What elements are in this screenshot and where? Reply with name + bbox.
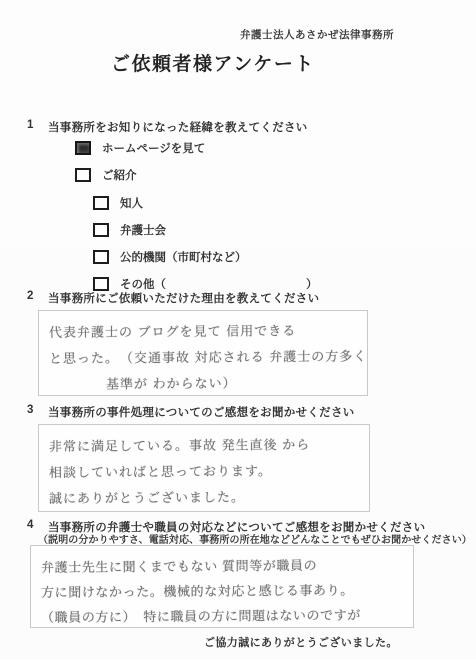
checkbox-checked-icon[interactable] (75, 141, 91, 155)
option-public-institution: 公的機関（市町村など） (93, 249, 247, 265)
handwritten-line: 代表弁護士の ブログを見て 信用できる (49, 318, 357, 346)
survey-document: 弁護士法人あさかぜ法律事務所 ご依頼者様アンケート 1 当事務所をお知りになった… (0, 0, 476, 659)
question-3-number: 3 (27, 404, 37, 420)
handwritten-line: 相談していればと思っております。 (49, 458, 359, 486)
question-2-label: 当事務所にご依頼いただけた理由を教えてください (48, 290, 319, 306)
option-referral-label: ご紹介 (102, 167, 137, 183)
checkbox-icon[interactable] (93, 277, 109, 291)
handwritten-line: 誠にありがとうございました。 (49, 484, 359, 512)
option-homepage-label: ホームページを見て (102, 140, 205, 156)
firm-name: 弁護士法人あさかぜ法律事務所 (240, 27, 394, 42)
answer-box-q3[interactable]: 非常に満足している。事故 発生直後 から 相談していればと思っております。 誠に… (38, 424, 370, 512)
option-bar-association-label: 弁護士会 (120, 222, 166, 238)
handwritten-line: と思った。 （交通事故 対応される 弁護士の方多く (49, 344, 357, 372)
checkbox-icon[interactable] (93, 250, 109, 264)
option-public-institution-label: 公的機関（市町村など） (120, 249, 247, 265)
option-referral: ご紹介 (75, 167, 137, 183)
question-1: 1 当事務所をお知りになった経緯を教えてください (27, 119, 308, 135)
question-2: 2 当事務所にご依頼いただけた理由を教えてください (27, 290, 319, 306)
handwritten-line: 非常に満足している。事故 発生直後 から (49, 432, 359, 460)
question-1-label: 当事務所をお知りになった経緯を教えてください (48, 119, 308, 135)
checkbox-icon[interactable] (75, 168, 91, 182)
option-homepage: ホームページを見て (75, 140, 205, 156)
checkbox-icon[interactable] (93, 196, 109, 210)
question-2-number: 2 (27, 290, 37, 306)
question-3: 3 当事務所の事件処理についてのご感想をお聞かせください (27, 404, 355, 420)
page-title: ご依頼者様アンケート (111, 49, 315, 76)
handwritten-line: 基準が わからない） (49, 370, 357, 398)
question-4-number: 4 (27, 519, 37, 535)
question-1-number: 1 (27, 119, 37, 135)
answer-box-q4[interactable]: 弁護士先生に聞くまでもない 質問等が職員の 方に聞けなかった。機械的な対応と感じ… (30, 545, 414, 628)
checkbox-icon[interactable] (93, 223, 109, 237)
option-bar-association: 弁護士会 (93, 222, 166, 238)
option-acquaintance: 知人 (93, 195, 143, 211)
option-acquaintance-label: 知人 (120, 195, 143, 211)
question-4-sublabel: （説明の分かりやすさ、電話対応、事務所の所在地などどんなことでもぜひお聞かせくだ… (38, 531, 472, 546)
footer-thanks: ご協力誠にありがとうございました。 (204, 634, 398, 650)
answer-box-q2[interactable]: 代表弁護士の ブログを見て 信用できる と思った。 （交通事故 対応される 弁護… (38, 310, 368, 396)
handwritten-line: 弁護士先生に聞くまでもない 質問等が職員の (41, 552, 403, 580)
question-3-label: 当事務所の事件処理についてのご感想をお聞かせください (48, 404, 355, 420)
handwritten-line: 方に聞けなかった。機械的な対応と感じる事あり。 (41, 577, 403, 605)
handwritten-line: （職員の方に） 特に職員の方に問題はないのですが (41, 602, 403, 630)
